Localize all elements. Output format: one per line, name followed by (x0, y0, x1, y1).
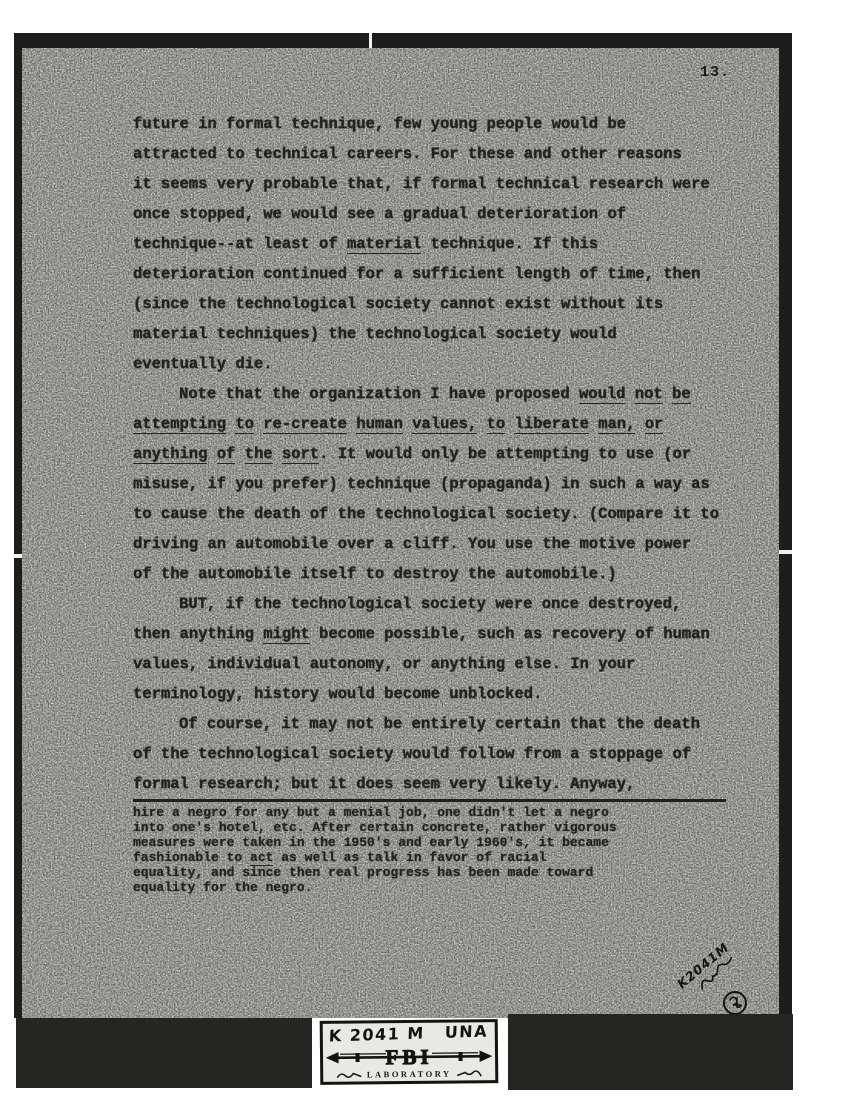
footnote-line: equality for the negro. (133, 880, 643, 895)
stamp-unit-label: LABORATORY (367, 1070, 452, 1080)
underlined-word: to (487, 415, 506, 434)
typewritten-line: anything of the sort. It would only be a… (133, 439, 758, 469)
typewritten-line: driving an automobile over a cliff. You … (133, 529, 758, 559)
typewritten-line: attracted to technical careers. For thes… (133, 139, 758, 169)
underlined-word: act (250, 850, 273, 866)
fbi-logo-text: FBI (385, 1045, 432, 1069)
footnote-line: fashionable to act as well as talk in fa… (133, 850, 643, 865)
fbi-logo: FBI (326, 1043, 492, 1069)
typewritten-body: future in formal technique, few young pe… (133, 109, 758, 799)
typewritten-line: once stopped, we would see a gradual det… (133, 199, 758, 229)
underlined-word: would (579, 385, 626, 404)
typewritten-line: Of course, it may not be entirely certai… (133, 709, 758, 739)
page-number: 13. (700, 64, 730, 82)
underlined-word: might (263, 625, 310, 644)
circled-examiner-mark-icon (722, 990, 748, 1016)
underlined-word: to (235, 415, 254, 434)
underlined-word: anything (133, 445, 207, 464)
typewritten-line: (since the technological society cannot … (133, 289, 758, 319)
stamp-case-suffix: UNA (445, 1022, 489, 1040)
underlined-word: values, (412, 415, 477, 434)
typewritten-line: material techniques) the technological s… (133, 319, 758, 349)
footnote-line: measures were taken in the 1950's and ea… (133, 835, 643, 850)
typewritten-line: future in formal technique, few young pe… (133, 109, 758, 139)
typewritten-line: attempting to re-create human values, to… (133, 409, 758, 439)
typewritten-line: terminology, history would become unbloc… (133, 679, 758, 709)
stamp-handwritten-case: K 2041 M UNA (329, 1022, 489, 1044)
typewritten-line: deterioration continued for a sufficient… (133, 259, 758, 289)
typewritten-line: Note that the organization I have propos… (133, 379, 758, 409)
underlined-word: attempting (133, 415, 226, 434)
typewritten-line: misuse, if you prefer) technique (propag… (133, 469, 758, 499)
fbi-laboratory-stamp: K 2041 M UNA FBI LABORATORY (320, 1019, 499, 1085)
underlined-word: the (245, 445, 273, 464)
typewritten-line: technique--at least of material techniqu… (133, 229, 758, 259)
paper-area: 13. ’ future in formal technique, few yo… (22, 48, 779, 1018)
footnote-divider (133, 799, 726, 802)
typewritten-line: it seems very probable that, if formal t… (133, 169, 758, 199)
scan-bar-notch (369, 33, 372, 48)
underlined-word: human (356, 415, 403, 434)
typewritten-line: eventually die. (133, 349, 758, 379)
typewritten-line: formal research; but it does seem very l… (133, 769, 758, 799)
scanned-document-page: 13. ’ future in formal technique, few yo… (0, 0, 850, 1100)
typewritten-line: to cause the death of the technological … (133, 499, 758, 529)
stamp-case-number: K 2041 M (329, 1024, 426, 1044)
scan-mask-block-right (508, 1014, 793, 1090)
underlined-word: of (217, 445, 236, 464)
scan-edge-bar-top (17, 33, 790, 48)
typewritten-line: of the automobile itself to destroy the … (133, 559, 758, 589)
footnote-line: equality, and since then real progress h… (133, 865, 643, 880)
stamp-flourish-icon (457, 1070, 483, 1078)
underlined-word: re-create (263, 415, 347, 434)
typewritten-line: then anything might become possible, suc… (133, 619, 758, 649)
footnote-text: hire a negro for any but a menial job, o… (133, 805, 643, 895)
stamp-laboratory-row: LABORATORY (336, 1069, 483, 1080)
scan-mask-block-left (16, 1018, 312, 1088)
scan-edge-bar-right (779, 33, 792, 1018)
typewritten-line: of the technological society would follo… (133, 739, 758, 769)
scan-bar-notch (779, 550, 792, 554)
footnote-line: hire a negro for any but a menial job, o… (133, 805, 643, 820)
underlined-word: man, (598, 415, 635, 434)
footnote-line: into one's hotel, etc. After certain con… (133, 820, 643, 835)
underlined-word: or (645, 415, 664, 434)
typewritten-line: values, individual autonomy, or anything… (133, 649, 758, 679)
stamp-flourish-icon (336, 1071, 362, 1079)
underlined-word: material (347, 235, 421, 254)
typewritten-line: BUT, if the technological society were o… (133, 589, 758, 619)
underlined-word: not (635, 385, 663, 404)
underlined-word: be (672, 385, 691, 404)
underlined-word: sort (282, 445, 319, 464)
underlined-word: liberate (514, 415, 588, 434)
